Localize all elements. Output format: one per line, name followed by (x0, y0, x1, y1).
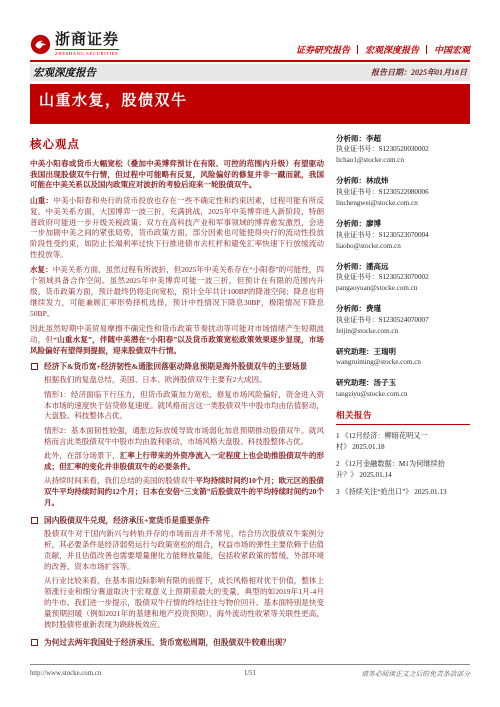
bullet-paragraph-case1: 情形1：经济面临下行压力，但货币政策加力宽松、修复市场风险偏好，资金进入资本市场… (44, 390, 324, 423)
related-no: 1 (336, 432, 340, 440)
disclaimer-note: 请务必阅读正文之后的免责条款部分 (361, 668, 470, 678)
core-paragraph-conclusion: 因此虽然短期中美贸易摩擦不确定性和货币政策节奏扰动等可能对市场情绪产生短期波动，… (30, 324, 324, 357)
bullet-paragraph: 根据我们的复盘总结，美国、日本、欧洲股债双牛主要有2大成因。 (44, 375, 324, 386)
analyst-name-line: 分析师：林成炜 (336, 175, 470, 187)
analyst-email[interactable]: linchengwei@stocke.com.cn (336, 198, 470, 209)
bullet-paragraph: 从行业比较来看，在基本面边际影响有限的前提下，成长风格相对优于价值，整体上领涨行… (44, 576, 324, 630)
analyst-cert-line: 执业证书号：S1230523070002 (336, 272, 470, 283)
bullet-title: 国内股债双牛兑现，经济承压+宽货币是重要条件 (44, 515, 324, 526)
related-date: 2025.01.18 (352, 443, 384, 451)
assistant-label: 研究助理： (336, 347, 374, 356)
analyst-name-line: 分析师：费瑾 (336, 303, 470, 315)
cert-number: S1230522080006 (379, 188, 429, 196)
bullet-body: 经济下&货币宽+经济韧性&通胀回落驱动降息预期是海外股债双牛的主要场景 根据我们… (44, 361, 324, 512)
bullet-paragraph-duration: 从持续时间来看，我们总结的美国的股债双牛平均持续时间约10个月；欧元区的股债双牛… (44, 476, 324, 509)
core-paragraph-shuifu: 水复：中美关系方面，虽然过程有所波折，但2025年中美关系存在“小阳春”的可能性… (30, 265, 324, 319)
assistant-name: 王瑞明 (374, 347, 397, 356)
paragraph-lead: 山重： (30, 196, 53, 205)
divider (426, 45, 427, 54)
report-categories: 证券研究报告 宏观深度报告 中国宏观 (296, 43, 470, 56)
bullet-paragraph: 股债双牛对于国内新兴与转轨并存的市场而言并不常见，结合历次股债双牛案例分析，其必… (44, 529, 324, 572)
analyst-name-line: 分析师：潘高远 (336, 261, 470, 273)
paragraph-text: 此外，在部分场景下， (44, 451, 120, 460)
analyst-label: 分析师： (336, 304, 366, 313)
cert-label: 执业证书号： (336, 316, 379, 324)
paragraph-text: 中美关系方面，虽然过程有所波折，但2025年中美关系存在“小阳春”的可能性，四个… (30, 265, 324, 317)
analyst-block: 分析师：林成炜 执业证书号：S1230522080006 linchengwei… (336, 175, 470, 209)
analyst-email[interactable]: lichao1@stocke.com.cn (336, 155, 470, 166)
analyst-name-line: 分析师：廖博 (336, 218, 470, 230)
zheshang-logo-icon (30, 34, 51, 55)
category-research: 证券研究报告 (296, 43, 350, 56)
analyst-email[interactable]: feijin@stocke.com.cn (336, 326, 470, 337)
assistant-name: 汤子玉 (374, 378, 397, 387)
paragraph-text: 中美小阳春和央行的货币投放也存在一些不确定性和约束因素，过程可能有所反复。中美关… (30, 196, 324, 259)
cert-number: S1230523070002 (379, 273, 429, 281)
divider (357, 45, 358, 54)
analyst-name: 潘高远 (366, 262, 389, 271)
assistant-label: 研究助理： (336, 378, 374, 387)
assistant-email[interactable]: tangziyu@stocke.com.cn (336, 389, 470, 400)
core-paragraph-shanzhong: 山重：中美小阳春和央行的货币投放也存在一些不确定性和约束因素，过程可能有所反复。… (30, 196, 324, 261)
bullet-section-domestic: 国内股债双牛兑现，经济承压+宽货币是重要条件 股债双牛对于国内新兴与转轨并存的市… (30, 515, 324, 634)
bullet-body: 为何过去两年我国处于经济承压、货币宽松周期，但股债双牛较难出现？ (44, 637, 324, 651)
related-report-item[interactable]: 2 《12月金融数据：M1为何继续抬升？》 2025.01.14 (336, 459, 470, 482)
brand-name-en: ZHESHANG SECURITIES (55, 49, 119, 56)
bullet-square-icon (31, 517, 38, 524)
category-china-macro: 中国宏观 (434, 43, 470, 56)
cert-number: S1230520030002 (379, 145, 429, 153)
related-report-item[interactable]: 1 《12月经济：柳暗花明又一村》 2025.01.18 (336, 431, 470, 454)
bullet-square-icon (31, 639, 38, 646)
analyst-block: 分析师：费瑾 执业证书号：S1230524070007 feijin@stock… (336, 303, 470, 337)
analyst-name: 廖博 (366, 219, 381, 228)
related-title[interactable]: 《持续关注“抢出口”》 (341, 488, 412, 496)
assistant-name-line: 研究助理：汤子玉 (336, 377, 470, 389)
cert-number: S1230523070004 (379, 231, 429, 239)
page-footer: 1/51 http://www.stocke.com.cn 请务必阅读正文之后的… (30, 664, 470, 678)
analyst-label: 分析师： (336, 176, 366, 185)
bullet-section-question: 为何过去两年我国处于经济承压、货币宽松周期，但股债双牛较难出现？ (30, 637, 324, 651)
report-type-bar: 宏观深度报告 报告日期：2025年01月18日 (30, 64, 470, 81)
paragraph-bold: “山重水复”，伴随中美潜在“小阳春”以及货币政策宽松政策效果逐步显现，市场风险偏… (30, 335, 324, 355)
bullet-paragraph-case2: 情形2：基本面韧性较强，通胀边际放缓导致市场弱化加息预期推动股债双牛。就风格而言… (44, 426, 324, 448)
cert-number: S1230524070007 (379, 316, 429, 324)
related-no: 3 (336, 488, 340, 496)
assistant-block: 研究助理：王瑞明 wangruiming@stocke.com.cn (336, 346, 470, 369)
cert-label: 执业证书号： (336, 145, 379, 153)
cert-label: 执业证书号： (336, 231, 379, 239)
analyst-cert-line: 执业证书号：S1230524070007 (336, 315, 470, 326)
analyst-email[interactable]: liaobo@stocke.com.cn (336, 241, 470, 252)
analyst-block: 分析师：李超 执业证书号：S1230520030002 lichao1@stoc… (336, 133, 470, 167)
analyst-cert-line: 执业证书号：S1230522080006 (336, 187, 470, 198)
analyst-name-line: 分析师：李超 (336, 133, 470, 145)
analyst-block: 分析师：廖博 执业证书号：S1230523070004 liaobo@stock… (336, 218, 470, 252)
bullet-title: 经济下&货币宽+经济韧性&通胀回落驱动降息预期是海外股债双牛的主要场景 (44, 361, 324, 372)
brand-name: 浙商证券 ZHESHANG SECURITIES (55, 33, 119, 56)
assistant-email[interactable]: wangruiming@stocke.com.cn (336, 357, 470, 368)
related-date: 2025.01.14 (359, 471, 391, 479)
bullet-body: 国内股债双牛兑现，经济承压+宽货币是重要条件 股债双牛对于国内新兴与转轨并存的市… (44, 515, 324, 634)
analyst-email[interactable]: pangaoyuan@stocke.com.cn (336, 283, 470, 294)
paragraph-text: 从持续时间来看，我们总结的美国的股债双牛 (44, 476, 195, 485)
analyst-name: 李超 (366, 134, 381, 143)
related-no: 2 (336, 460, 340, 468)
bullet-title: 为何过去两年我国处于经济承压、货币宽松周期，但股债双牛较难出现？ (44, 637, 324, 648)
bullet-section-overseas: 经济下&货币宽+经济韧性&通胀回落驱动降息预期是海外股债双牛的主要场景 根据我们… (30, 361, 324, 512)
core-view-heading: 核心观点 (30, 136, 324, 152)
assistant-block: 研究助理：汤子玉 tangziyu@stocke.com.cn (336, 377, 470, 400)
report-type-label: 宏观深度报告 (33, 65, 96, 80)
analyst-label: 分析师： (336, 134, 366, 143)
report-title: 山重水复，股债双牛 (39, 93, 188, 109)
brand-name-cn: 浙商证券 (55, 33, 119, 49)
assistant-name-line: 研究助理：王瑞明 (336, 346, 470, 358)
core-paragraph-summary: 中美小阳春或货币大幅宽松（叠加中美博弈预计在有限、可控的范围内升级）有望驱动我国… (30, 159, 324, 192)
analyst-name: 费瑾 (366, 304, 381, 313)
report-date: 报告日期：2025年01月18日 (371, 67, 467, 78)
paragraph-lead: 水复： (30, 265, 53, 274)
main-content: 核心观点 中美小阳春或货币大幅宽松（叠加中美博弈预计在有限、可控的范围内升级）有… (30, 133, 470, 654)
core-view-column: 核心观点 中美小阳春或货币大幅宽松（叠加中美博弈预计在有限、可控的范围内升级）有… (30, 133, 324, 654)
analyst-label: 分析师： (336, 219, 366, 228)
analyst-name: 林成炜 (366, 176, 389, 185)
analyst-cert-line: 执业证书号：S1230523070004 (336, 230, 470, 241)
brand-logo: 浙商证券 ZHESHANG SECURITIES (30, 33, 119, 56)
related-date: 2025.01.13 (414, 488, 446, 496)
cert-label: 执业证书号： (336, 273, 379, 281)
bullet-square-icon (31, 363, 38, 370)
category-macro-depth: 宏观深度报告 (365, 43, 419, 56)
related-reports-heading: 相关报告 (336, 409, 470, 425)
report-page: 浙商证券 ZHESHANG SECURITIES 证券研究报告 宏观深度报告 中… (0, 0, 500, 707)
analyst-cert-line: 执业证书号：S1230520030002 (336, 144, 470, 155)
analyst-block: 分析师：潘高远 执业证书号：S1230523070002 pangaoyuan@… (336, 261, 470, 295)
analyst-label: 分析师： (336, 262, 366, 271)
cert-label: 执业证书号： (336, 188, 379, 196)
analyst-sidebar: 分析师：李超 执业证书号：S1230520030002 lichao1@stoc… (336, 133, 470, 654)
bullet-paragraph-fx: 此外，在部分场景下，汇率上行带来的外资净流入一定程度上也会助推股债双牛的形成；但… (44, 451, 324, 473)
page-header: 浙商证券 ZHESHANG SECURITIES 证券研究报告 宏观深度报告 中… (30, 33, 470, 62)
related-report-item[interactable]: 3 《持续关注“抢出口”》 2025.01.13 (336, 487, 470, 499)
report-title-banner: 山重水复，股债双牛 (30, 84, 470, 124)
company-url[interactable]: http://www.stocke.com.cn (30, 670, 101, 677)
